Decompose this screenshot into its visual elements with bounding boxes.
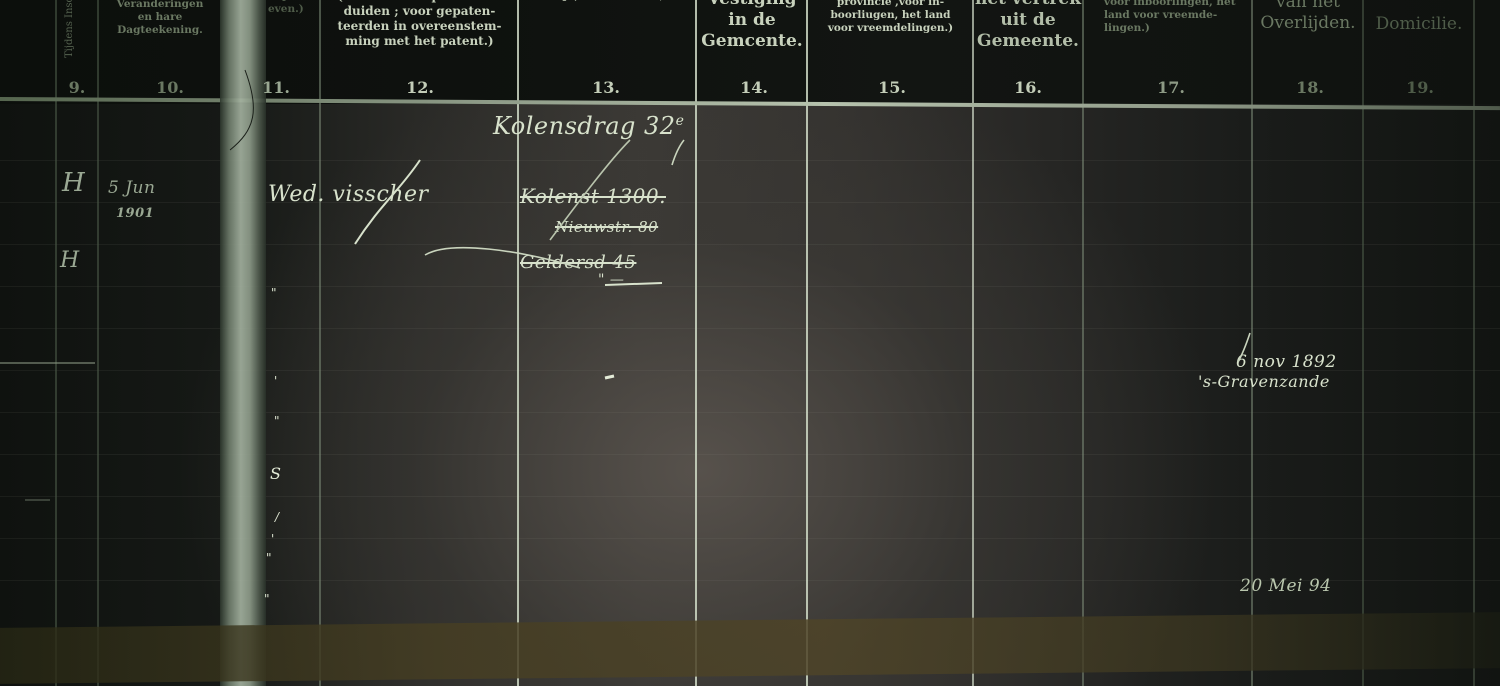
col13-ditto-mark: " —	[598, 272, 624, 288]
col18-date-entry: 6 nov 1892	[1236, 352, 1337, 372]
col18-header-label: van het Overlijden.	[1253, 0, 1363, 34]
ditto-mark: S	[270, 464, 281, 483]
col19-number: 19.	[1390, 78, 1450, 97]
ditto-mark: "	[264, 592, 270, 606]
col10-number: 10.	[140, 78, 200, 97]
col9-header-label: Tijdens Inschrijving	[64, 0, 75, 58]
microfilm-page: Tijdens Inschrijving Veranderingen en ha…	[0, 0, 1500, 686]
col13-address-line-3: Geldersd 45	[520, 252, 636, 273]
col11-header-label: bepaald even.)	[268, 0, 318, 16]
col18-number: 18.	[1280, 78, 1340, 97]
col15-number: 15.	[862, 78, 922, 97]
col12-header-label: (Elke soort bepaald aan- duiden ; voor g…	[322, 0, 517, 49]
col12-number: 12.	[390, 78, 450, 97]
col16-header-label: het vertrek uit de Gemeente.	[974, 0, 1082, 52]
col18-place-entry: 's-Gravenzande	[1198, 372, 1330, 391]
ditto-mark: '	[274, 374, 277, 388]
binding-strip	[220, 0, 266, 686]
column-divider	[97, 0, 99, 686]
col11-occupation-entry: Wed. visscher	[268, 182, 428, 207]
col18-date-entry-2: 20 Mei 94	[1240, 576, 1331, 596]
col9-number: 9.	[47, 78, 107, 97]
ditto-mark: /	[275, 510, 279, 524]
col16-number: 16.	[998, 78, 1058, 97]
col15-header-label: provincie ,voor in- boorliugen, het land…	[809, 0, 972, 35]
col13-header-label: wijk, huisnummer.)	[520, 0, 695, 3]
col10-year: 1901	[116, 206, 154, 221]
column-divider	[55, 0, 57, 686]
ditto-mark: "	[266, 551, 272, 565]
col13-address-heading: Kolensdrag 32e	[493, 112, 684, 140]
row-divider	[0, 362, 95, 364]
row-divider	[25, 499, 50, 501]
ditto-mark: "	[271, 286, 277, 300]
ditto-mark: '	[271, 532, 274, 546]
col10-header-label: Veranderingen en hare Dagteekening.	[100, 0, 220, 37]
col17-number: 17.	[1141, 78, 1201, 97]
column-divider	[1362, 0, 1364, 686]
col9-mark-2: H	[60, 248, 80, 273]
col14-header-label: Vestiging in de Gemcente.	[697, 0, 807, 52]
ditto-mark: "	[274, 414, 280, 428]
col14-number: 14.	[724, 78, 784, 97]
col13-address-line-2: Nieuwstr. 80	[555, 218, 658, 236]
col13-number: 13.	[576, 78, 636, 97]
col11-number: 11.	[246, 78, 306, 97]
col10-date: 5 Jun	[108, 178, 155, 198]
col9-mark: H	[62, 168, 85, 198]
column-divider	[1473, 0, 1475, 686]
col17-header-label: voor inboorlingen, het land voor vreemde…	[1086, 0, 1251, 35]
col13-address-line-1: Kolenst 1300.	[520, 184, 666, 208]
col19-header-label: Domicilie.	[1364, 14, 1474, 35]
